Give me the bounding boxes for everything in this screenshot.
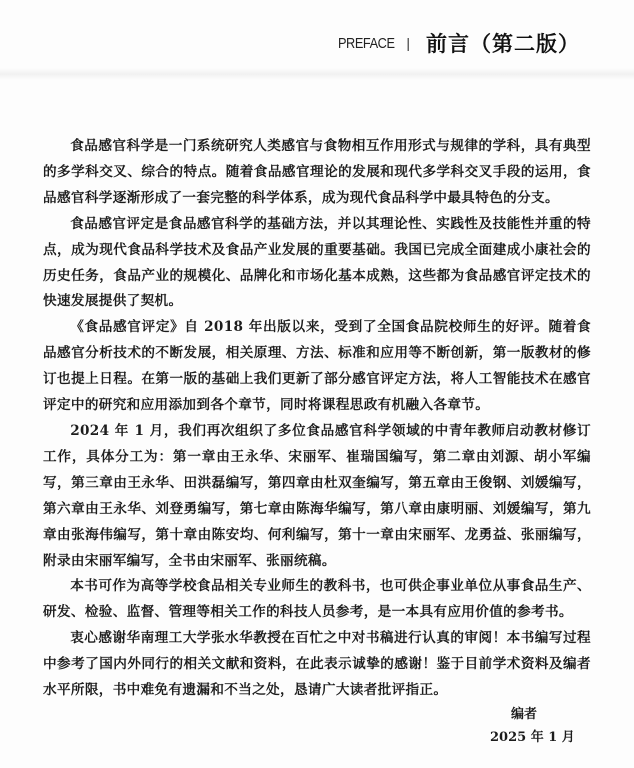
header-english-label: PREFACE: [338, 35, 395, 52]
paragraph-6: 衷心感谢华南理工大学张水华教授在百忙之中对书稿进行认真的审阅！本书编写过程中参考…: [43, 626, 591, 704]
paragraph-2: 食品感官评定是食品感官科学的基础方法，并以其理论性、实践性及技能性并重的特点，成…: [43, 212, 591, 316]
page-title: 前言（第二版）: [426, 28, 580, 58]
header-divider-band: [0, 68, 634, 80]
page-header: PREFACE | 前言（第二版）: [328, 28, 580, 58]
header-separator: |: [406, 35, 410, 51]
signature-author: 编者: [511, 703, 537, 722]
paragraph-1: 食品感官科学是一门系统研究人类感官与食物相互作用形式与规律的学科，具有典型的多学…: [43, 134, 591, 212]
preface-body: 食品感官科学是一门系统研究人类感官与食物相互作用形式与规律的学科，具有典型的多学…: [43, 134, 591, 704]
paragraph-4: 2024 年 1 月，我们再次组织了多位食品感官科学领域的中青年教师启动教材修订…: [43, 419, 591, 574]
paragraph-3: 《食品感官评定》自 2018 年出版以来，受到了全国食品院校师生的好评。随着食品…: [43, 315, 591, 419]
signature-date: 2025 年 1 月: [490, 726, 575, 745]
paragraph-5: 本书可作为高等学校食品相关专业师生的教科书，也可供企事业单位从事食品生产、研发、…: [43, 574, 591, 626]
